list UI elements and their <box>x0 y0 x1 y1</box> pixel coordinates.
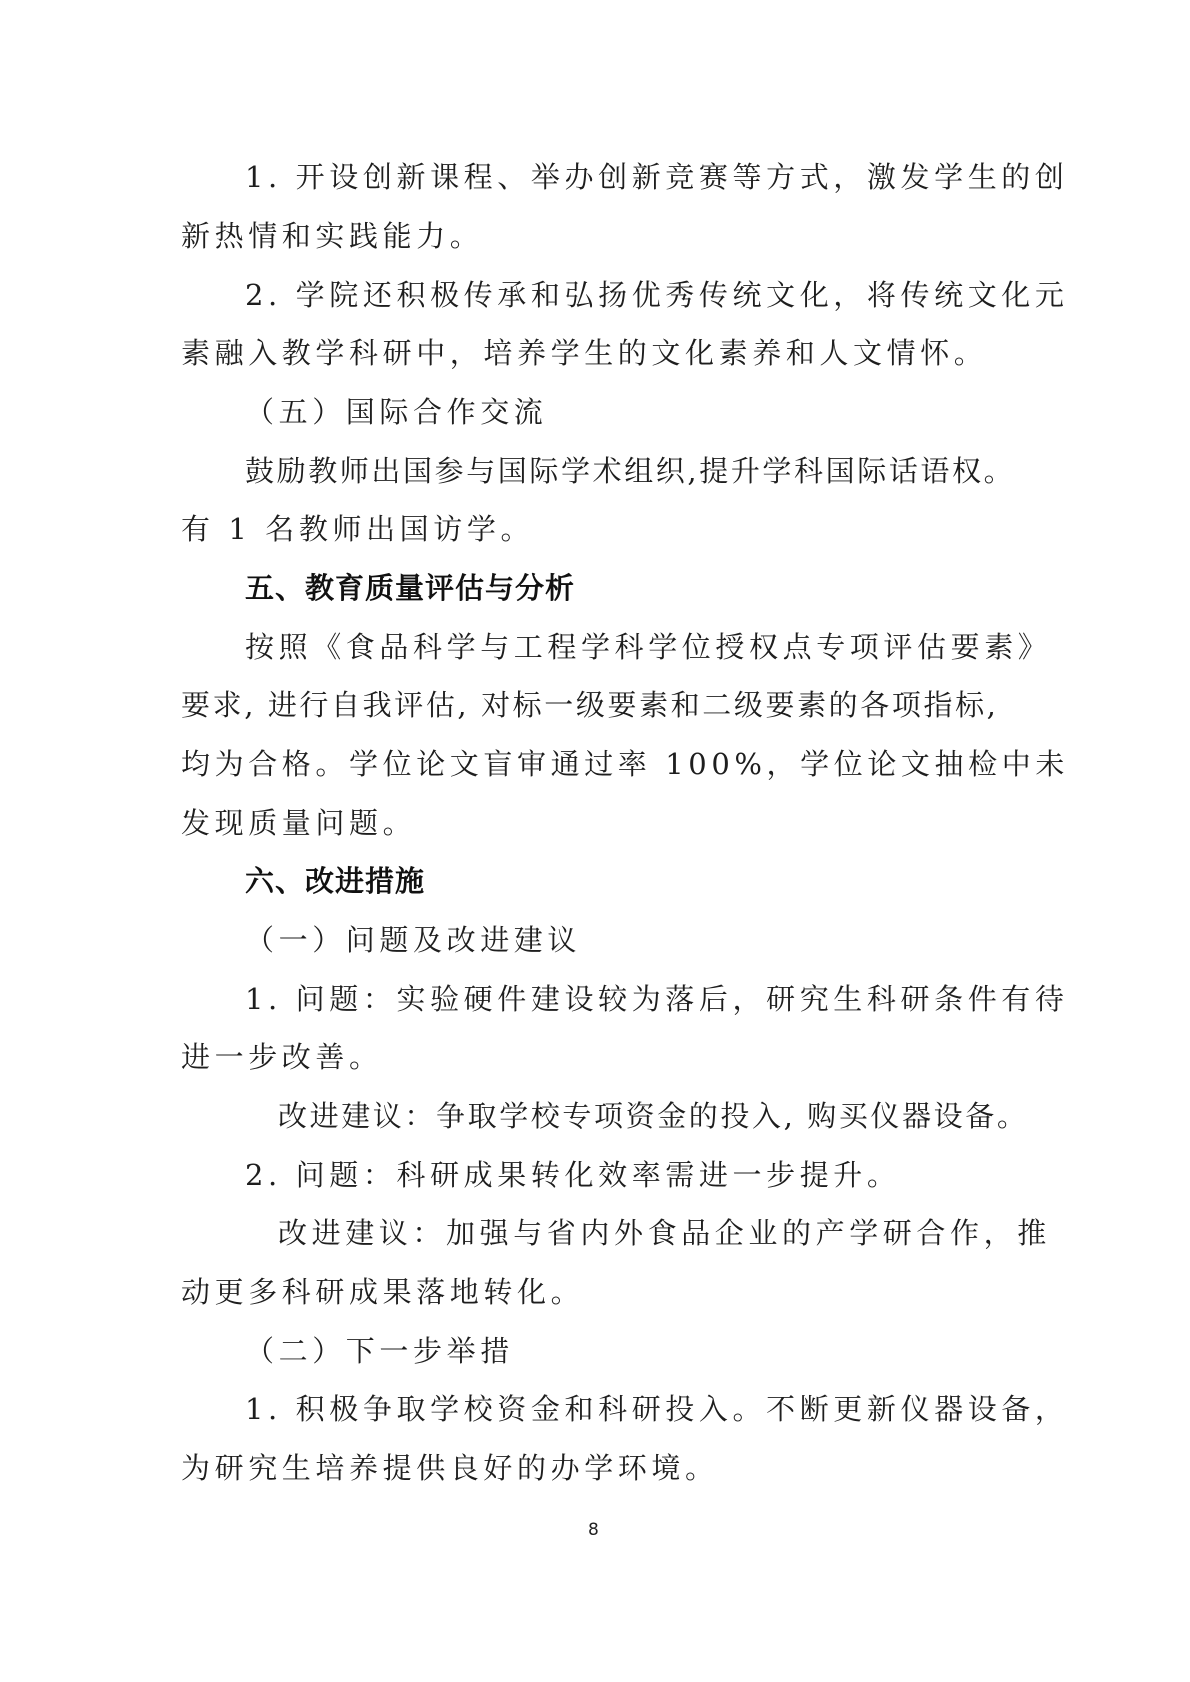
section-heading-improvement-measures: 六、改进措施 <box>245 861 1075 901</box>
paragraph-line: 均为合格。学位论文盲审通过率 100%，学位论文抽检中未 <box>181 744 1011 784</box>
list-item-line: 素融入教学科研中，培养学生的文化素养和人文情怀。 <box>181 333 1011 373</box>
paragraph-line: 鼓励教师出国参与国际学术组织,提升学科国际话语权。 <box>245 451 1075 491</box>
paragraph-line: 有 1 名教师出国访学。 <box>181 509 1011 549</box>
list-item-line: 1. 开设创新课程、举办创新竞赛等方式，激发学生的创 <box>245 157 1075 197</box>
list-item-line: 2. 学院还积极传承和弘扬优秀传统文化，将传统文化元 <box>245 275 1075 315</box>
suggestion-line: 改进建议：加强与省内外食品企业的产学研合作，推 <box>278 1213 1108 1253</box>
subheading-problems-and-suggestions: （一）问题及改进建议 <box>245 920 1075 960</box>
list-item-line: 1. 积极争取学校资金和科研投入。不断更新仪器设备， <box>245 1389 1075 1429</box>
subheading-international-cooperation: （五）国际合作交流 <box>245 392 1075 432</box>
list-item-line: 进一步改善。 <box>181 1037 1011 1077</box>
list-item-line: 2. 问题：科研成果转化效率需进一步提升。 <box>245 1155 1075 1195</box>
list-item-line: 为研究生培养提供良好的办学环境。 <box>181 1448 1011 1488</box>
paragraph-line: 发现质量问题。 <box>181 803 1011 843</box>
paragraph-line: 按照《食品科学与工程学科学位授权点专项评估要素》 <box>245 627 1075 667</box>
suggestion-line: 动更多科研成果落地转化。 <box>181 1272 1011 1312</box>
page-number: 8 <box>588 1518 599 1542</box>
subheading-next-steps: （二）下一步举措 <box>245 1331 1075 1371</box>
suggestion-line: 改进建议：争取学校专项资金的投入, 购买仪器设备。 <box>278 1096 1108 1136</box>
list-item-line: 1. 问题：实验硬件建设较为落后，研究生科研条件有待 <box>245 979 1075 1019</box>
section-heading-quality-assessment: 五、教育质量评估与分析 <box>245 568 1075 608</box>
paragraph-line: 要求, 进行自我评估, 对标一级要素和二级要素的各项指标, <box>181 685 1011 725</box>
document-page: 1. 开设创新课程、举办创新竞赛等方式，激发学生的创 新热情和实践能力。 2. … <box>0 0 1190 1682</box>
list-item-line: 新热情和实践能力。 <box>181 216 1011 256</box>
